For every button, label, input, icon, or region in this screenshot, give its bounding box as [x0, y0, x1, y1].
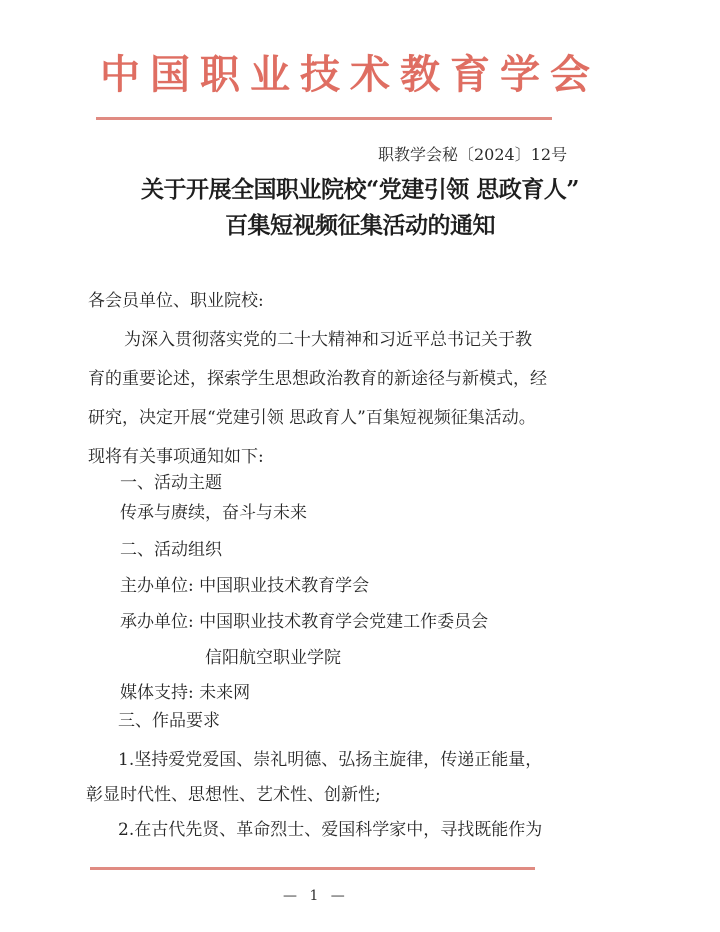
masthead-char: 职 [200, 52, 240, 98]
document-number: 职教学会秘〔2024〕12号 [378, 144, 567, 166]
masthead-char: 业 [250, 52, 290, 98]
footer-divider [90, 867, 535, 870]
masthead-char: 育 [450, 52, 490, 98]
masthead-char: 国 [150, 52, 190, 98]
section-heading-theme: 一、活动主题 [120, 472, 222, 494]
section-line: 传承与赓续，奋斗与未来 [120, 502, 307, 524]
masthead-divider [96, 117, 552, 120]
section-line: 2.在古代先贤、革命烈士、爱国科学家中，寻找既能作为 [118, 819, 542, 841]
document-title-line-1: 关于开展全国职业院校“党建引领 思政育人” [60, 175, 660, 205]
section-line: 1.坚持爱党爱国、崇礼明德、弘扬主旋律，传递正能量， [118, 749, 542, 771]
masthead-char: 技 [300, 52, 340, 98]
masthead-org-name: 中 国 职 业 技 术 教 育 学 会 [100, 52, 590, 98]
section-heading-requirements: 三、作品要求 [118, 710, 220, 732]
section-line: 承办单位: 中国职业技术教育学会党建工作委员会 [120, 611, 488, 633]
section-line: 媒体支持: 未来网 [120, 682, 250, 704]
section-heading-organization: 二、活动组织 [120, 539, 222, 561]
intro-line: 现将有关事项通知如下: [88, 446, 264, 468]
masthead-char: 教 [400, 52, 440, 98]
section-line: 彰显时代性、思想性、艺术性、创新性; [86, 784, 381, 806]
page-number: — 1 — [283, 888, 349, 904]
masthead-char: 术 [350, 52, 390, 98]
section-line: 信阳航空职业学院 [205, 647, 341, 669]
intro-line: 研究，决定开展“党建引领 思政育人”百集短视频征集活动。 [88, 407, 536, 429]
section-line: 主办单位: 中国职业技术教育学会 [120, 575, 369, 597]
salutation: 各会员单位、职业院校: [88, 290, 264, 312]
masthead-char: 会 [550, 52, 590, 98]
document-title-line-2: 百集短视频征集活动的通知 [60, 211, 660, 241]
intro-line: 为深入贯彻落实党的二十大精神和习近平总书记关于教 [124, 329, 532, 351]
intro-line: 育的重要论述，探索学生思想政治教育的新途径与新模式，经 [88, 368, 547, 390]
masthead-char: 学 [500, 52, 540, 98]
masthead-char: 中 [100, 52, 140, 98]
